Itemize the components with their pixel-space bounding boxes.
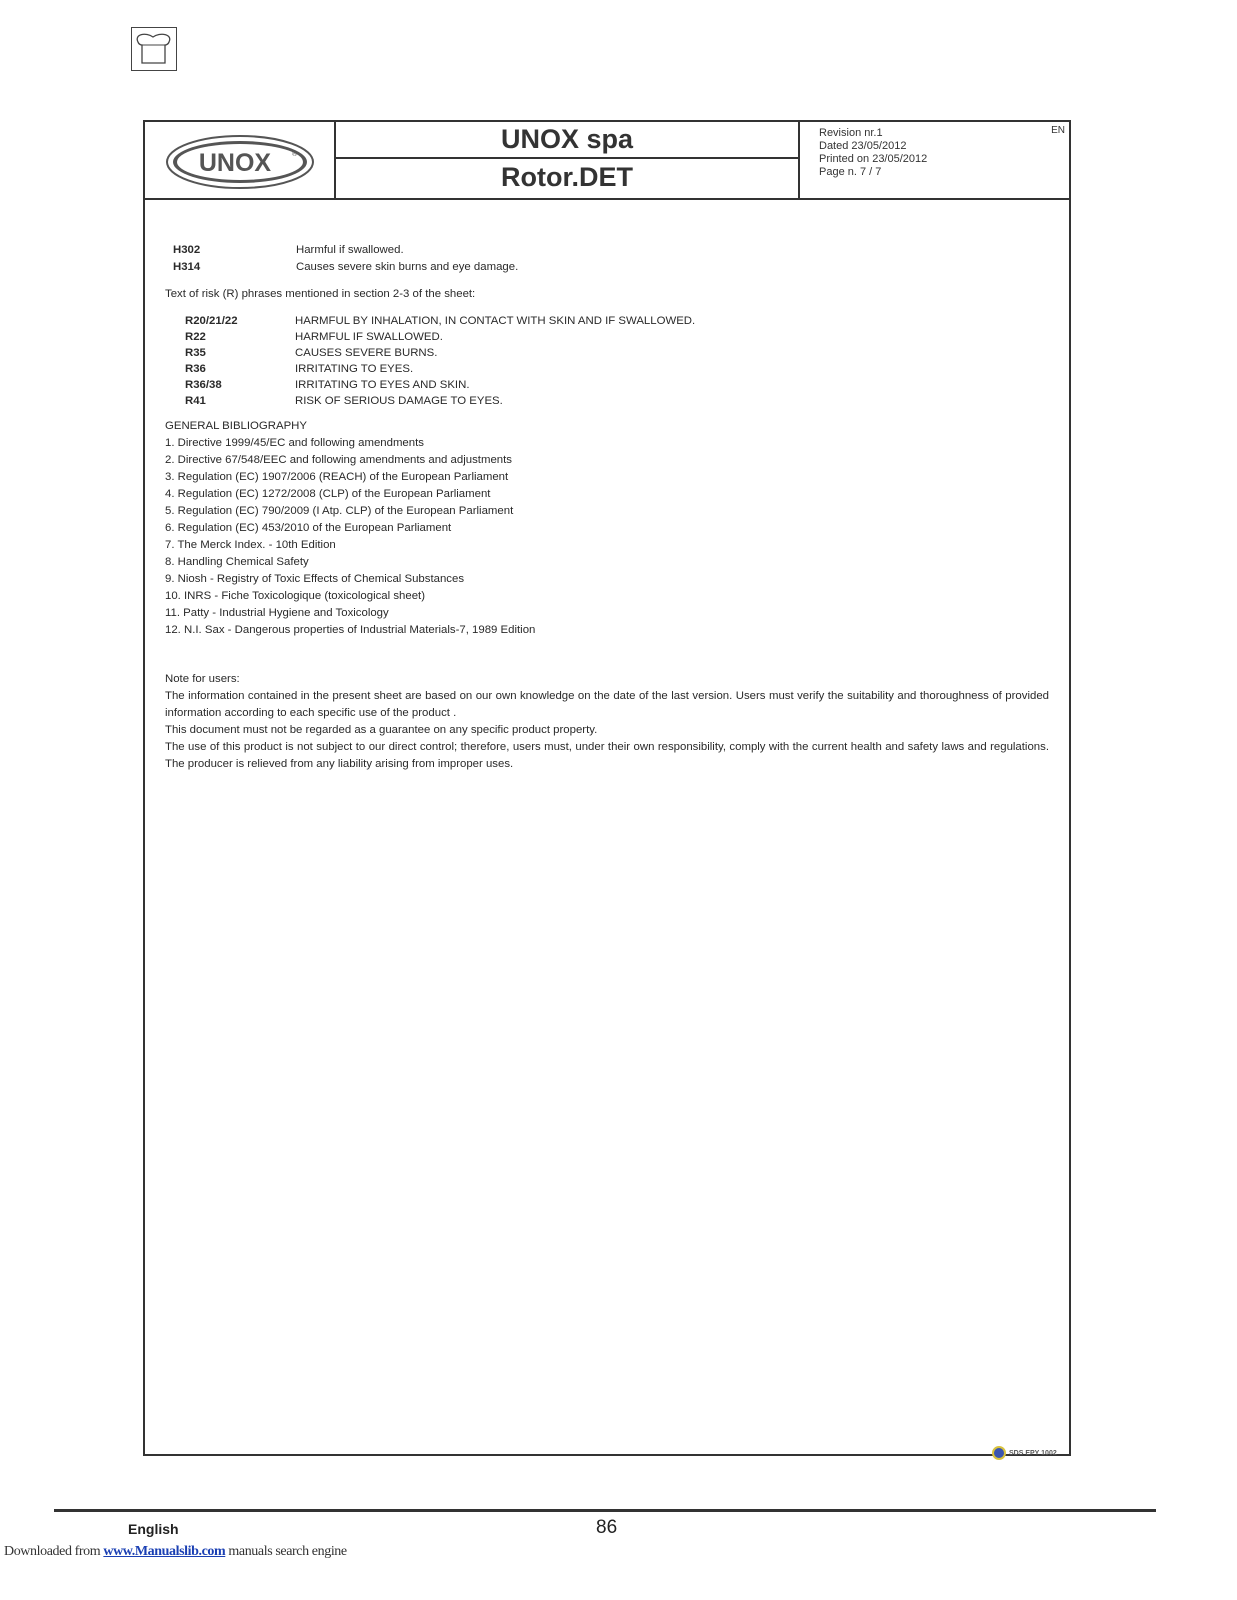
revision-info: Revision nr.1 Dated 23/05/2012 Printed o… <box>819 127 927 179</box>
bibliography-item: 7. The Merck Index. - 10th Edition <box>165 537 1049 554</box>
risk-row: R41RISK OF SERIOUS DAMAGE TO EYES. <box>185 393 1049 409</box>
risk-text: HARMFUL BY INHALATION, IN CONTACT WITH S… <box>295 313 695 329</box>
revision-number: Revision nr.1 <box>819 127 927 140</box>
footer-divider <box>54 1509 1156 1512</box>
bibliography-title: GENERAL BIBLIOGRAPHY <box>165 418 1049 435</box>
sheet-header: UNOX ® UNOX spa Rotor.DET Revision nr.1 … <box>145 122 1069 200</box>
risk-row: R35CAUSES SEVERE BURNS. <box>185 345 1049 361</box>
hazard-text: Harmful if swallowed. <box>296 242 404 259</box>
unox-logo: UNOX ® <box>145 122 336 198</box>
bibliography-item: 3. Regulation (EC) 1907/2006 (REACH) of … <box>165 469 1049 486</box>
sheet-body: H302 Harmful if swallowed. H314 Causes s… <box>165 242 1049 773</box>
bibliography-item: 9. Niosh - Registry of Toxic Effects of … <box>165 571 1049 588</box>
note-paragraph: This document must not be regarded as a … <box>165 722 1049 739</box>
page-number: 86 <box>596 1517 617 1539</box>
bibliography-item: 12. N.I. Sax - Dangerous properties of I… <box>165 622 1049 639</box>
hazard-row: H302 Harmful if swallowed. <box>173 242 1049 259</box>
risk-text: CAUSES SEVERE BURNS. <box>295 345 437 361</box>
risk-text: HARMFUL IF SWALLOWED. <box>295 329 443 345</box>
header-title-block: UNOX spa Rotor.DET <box>336 122 800 198</box>
risk-code: R41 <box>185 393 295 409</box>
risk-row: R22HARMFUL IF SWALLOWED. <box>185 329 1049 345</box>
risk-text: IRRITATING TO EYES AND SKIN. <box>295 377 469 393</box>
bibliography-item: 6. Regulation (EC) 453/2010 of the Europ… <box>165 520 1049 537</box>
svg-text:®: ® <box>292 150 298 158</box>
risk-text: RISK OF SERIOUS DAMAGE TO EYES. <box>295 393 503 409</box>
bibliography-item: 11. Patty - Industrial Hygiene and Toxic… <box>165 605 1049 622</box>
download-notice: Downloaded from www.Manualslib.com manua… <box>4 1544 347 1560</box>
risk-row: R20/21/22HARMFUL BY INHALATION, IN CONTA… <box>185 313 1049 329</box>
bibliography-item: 8. Handling Chemical Safety <box>165 554 1049 571</box>
risk-phrases: R20/21/22HARMFUL BY INHALATION, IN CONTA… <box>165 313 1049 409</box>
risk-code: R35 <box>185 345 295 361</box>
download-prefix: Downloaded from <box>4 1544 103 1559</box>
printed-on: Printed on 23/05/2012 <box>819 153 927 166</box>
footer-language: English <box>128 1521 179 1537</box>
hazard-statements: H302 Harmful if swallowed. H314 Causes s… <box>165 242 1049 276</box>
risk-code: R22 <box>185 329 295 345</box>
risk-code: R36/38 <box>185 377 295 393</box>
manualslib-link[interactable]: www.Manualslib.com <box>103 1544 225 1559</box>
bibliography-item: 10. INRS - Fiche Toxicologique (toxicolo… <box>165 588 1049 605</box>
chef-hat-icon <box>131 27 177 71</box>
bibliography-item: 5. Regulation (EC) 790/2009 (I Atp. CLP)… <box>165 503 1049 520</box>
risk-intro: Text of risk (R) phrases mentioned in se… <box>165 286 1049 303</box>
risk-row: R36/38IRRITATING TO EYES AND SKIN. <box>185 377 1049 393</box>
product-name: Rotor.DET <box>336 159 798 196</box>
language-code: EN <box>1051 125 1065 136</box>
risk-code: R20/21/22 <box>185 313 295 329</box>
note-paragraph: The use of this product is not subject t… <box>165 739 1049 773</box>
sds-code: SDS EPY 1002 <box>1009 1450 1057 1457</box>
note-title: Note for users: <box>165 671 1049 688</box>
dated: Dated 23/05/2012 <box>819 140 927 153</box>
note-paragraph: The information contained in the present… <box>165 688 1049 722</box>
certification-logo-icon <box>992 1446 1006 1460</box>
note-for-users: Note for users: The information containe… <box>165 671 1049 773</box>
bibliography-item: 4. Regulation (EC) 1272/2008 (CLP) of th… <box>165 486 1049 503</box>
bibliography-item: 2. Directive 67/548/EEC and following am… <box>165 452 1049 469</box>
hazard-text: Causes severe skin burns and eye damage. <box>296 259 518 276</box>
risk-row: R36IRRITATING TO EYES. <box>185 361 1049 377</box>
risk-text: IRRITATING TO EYES. <box>295 361 413 377</box>
sds-badge: SDS EPY 1002 <box>992 1446 1057 1460</box>
page-count: Page n. 7 / 7 <box>819 166 927 179</box>
hazard-code: H314 <box>173 259 296 276</box>
svg-text:UNOX: UNOX <box>199 149 272 177</box>
bibliography: GENERAL BIBLIOGRAPHY 1. Directive 1999/4… <box>165 418 1049 639</box>
bibliography-item: 1. Directive 1999/45/EC and following am… <box>165 435 1049 452</box>
company-name: UNOX spa <box>336 122 798 159</box>
hazard-row: H314 Causes severe skin burns and eye da… <box>173 259 1049 276</box>
download-suffix: manuals search engine <box>225 1544 346 1559</box>
hazard-code: H302 <box>173 242 296 259</box>
risk-code: R36 <box>185 361 295 377</box>
safety-data-sheet: UNOX ® UNOX spa Rotor.DET Revision nr.1 … <box>143 120 1071 1456</box>
